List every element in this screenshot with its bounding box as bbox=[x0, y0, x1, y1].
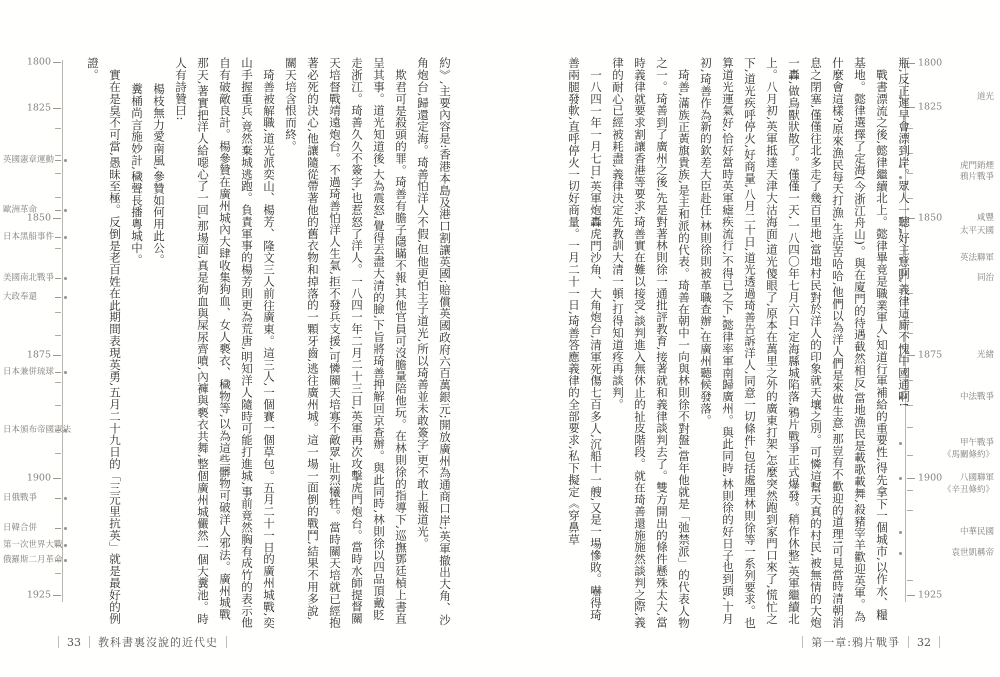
footer-divider bbox=[939, 636, 940, 648]
paragraph: 戰書漂流之後,懿律繼續北上。懿律畢竟是職業軍人,知道行軍補給的重要性,得先拿下一… bbox=[695, 57, 893, 629]
page-right: 180018251850187519001925道光虎門銷煙鴉片戰爭咸豐太平天國… bbox=[500, 0, 1000, 677]
paragraph: 約》,主要內容是:香港本島及港口割讓英國;賠償英國政府六百萬銀元;開放廣州為通商… bbox=[412, 57, 456, 629]
page-number-right: 32 bbox=[917, 636, 931, 649]
paragraph: 實在是臭不可當,愚昧至極。反倒是老百姓在此期間表現英勇,五月二十九日的「三元里抗… bbox=[82, 57, 126, 629]
body-text-right: 瓶,反正遲早會漂到岸。眾人一聽,好主意啊,義律這廝不愧中國通啊!戰書漂流之後,懿… bbox=[563, 57, 915, 629]
timeline-left: 180018251850187519001925英國憲章運動歐洲革命日本黑船事件… bbox=[0, 0, 70, 677]
paragraph: 一八四一年一月七日,英軍炮轟虎門沙角、大角炮台,清軍死傷七百多人,沉船十一艘,又… bbox=[563, 57, 607, 629]
page-footer-right: 第一章:鴉片戰爭32 bbox=[794, 634, 948, 650]
page-footer-left: 33教科書裏沒說的近代史 bbox=[50, 634, 235, 650]
footer-divider bbox=[908, 636, 909, 648]
footer-divider bbox=[89, 636, 90, 648]
paragraph: 糞桶尚言施妙計,穢聲長播粵城中。 bbox=[126, 57, 148, 629]
body-text-left: 約》,主要內容是:香港本島及港口割讓英國;賠償英國政府六百萬銀元;開放廣州為通商… bbox=[82, 57, 456, 629]
paragraph: 琦善被解職,道光派奕山、楊芳、隆文三人前往廣東。這三人,一個賽一個草包。五月二十… bbox=[170, 57, 280, 629]
footer-divider bbox=[58, 636, 59, 648]
page-number-left: 33 bbox=[67, 636, 81, 649]
footer-divider bbox=[802, 636, 803, 648]
book-spread: 180018251850187519001925英國憲章運動歐洲革命日本黑船事件… bbox=[0, 0, 1000, 677]
footer-divider bbox=[226, 636, 227, 648]
paragraph: 楊枝無力愛南風,參贊如何用此公。 bbox=[148, 57, 170, 629]
timeline-axis bbox=[62, 60, 63, 602]
book-title: 教科書裏沒說的近代史 bbox=[98, 636, 218, 649]
chapter-title: 第一章:鴉片戰爭 bbox=[811, 636, 900, 649]
paragraph: 瓶,反正遲早會漂到岸。眾人一聽,好主意啊,義律這廝不愧中國通啊! bbox=[893, 57, 915, 629]
page-left: 180018251850187519001925英國憲章運動歐洲革命日本黑船事件… bbox=[0, 0, 500, 677]
paragraph: 琦善,滿族正黃旗貴族,是主和派的代表。琦善在朝中一向與林則徐不對盤,當年他就是「… bbox=[607, 57, 695, 629]
paragraph: 欺君可是殺頭的罪。琦善有膽子隱瞞不報,其他官員可沒膽量陪他玩。在林則徐的指導下,… bbox=[280, 57, 412, 629]
